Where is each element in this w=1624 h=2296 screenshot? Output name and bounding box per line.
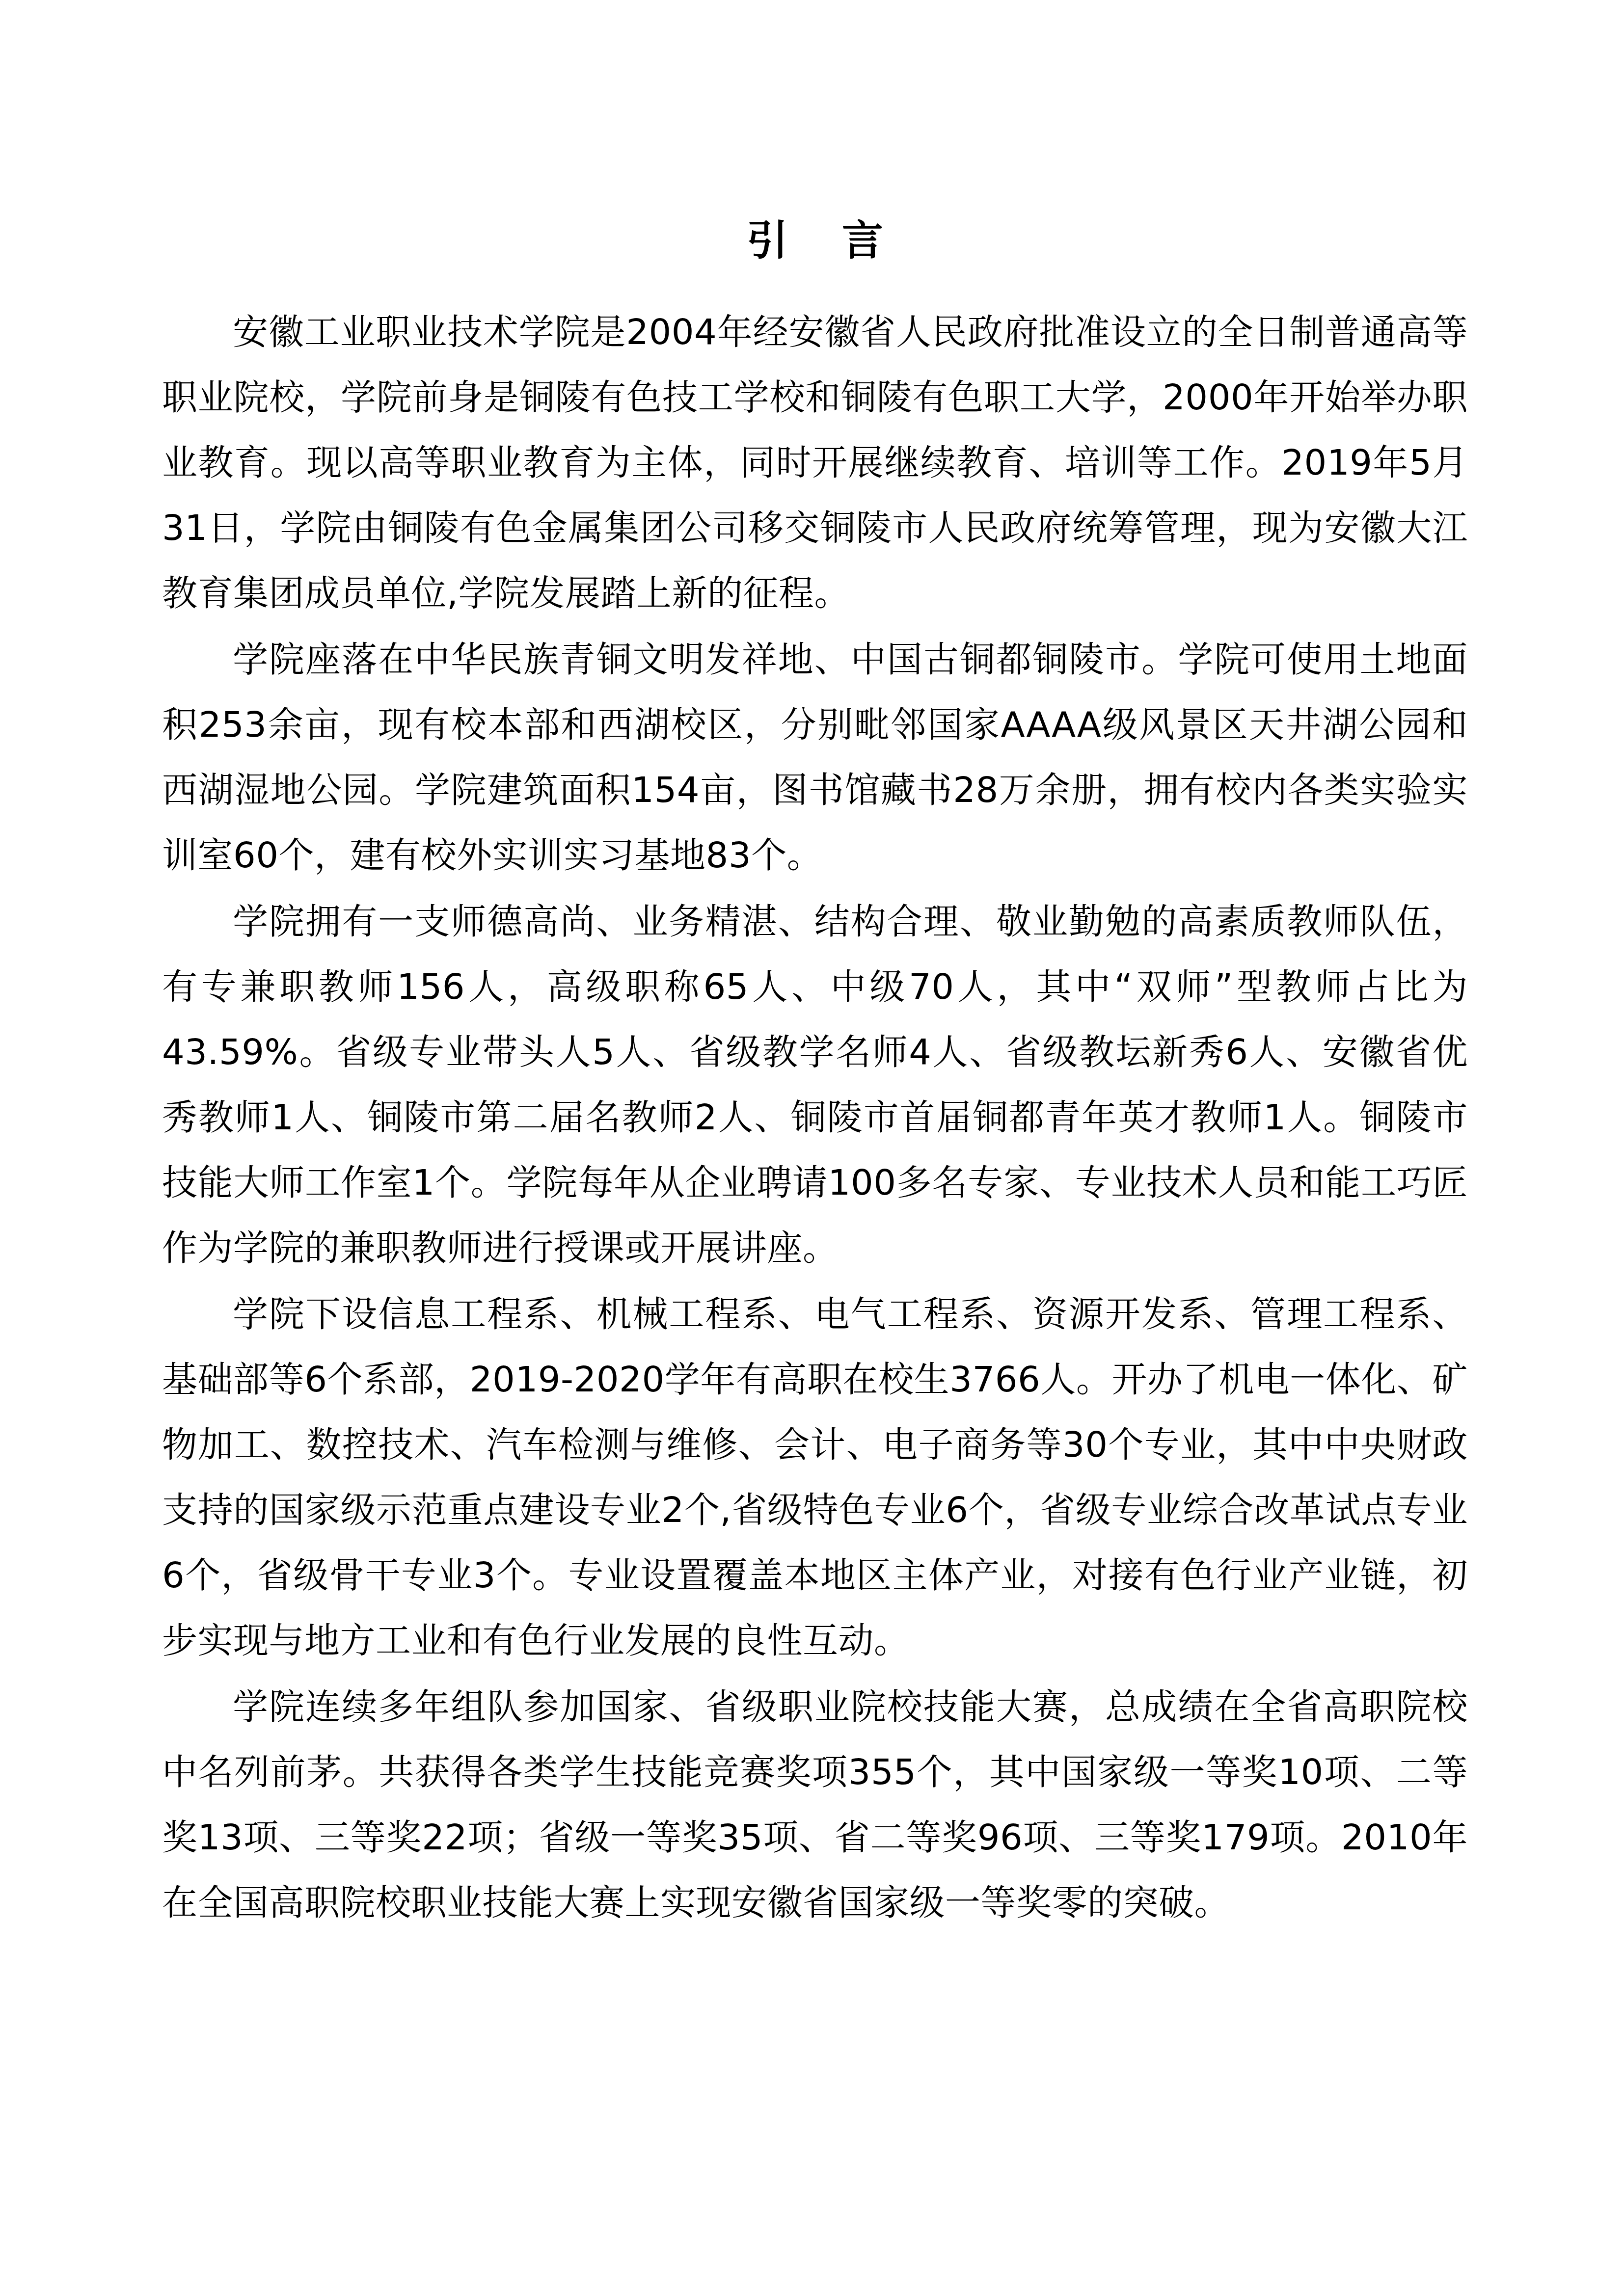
document-page: 引言 安徽工业职业技术学院是2004年经安徽省人民政府批准设立的全日制普通高等职… [162,206,1468,1936]
paragraph-departments: 学院下设信息工程系、机械工程系、电气工程系、资源开发系、管理工程系、基础部等6个… [162,1281,1468,1673]
page-title: 引言 [162,206,1468,275]
paragraph-campus: 学院座落在中华民族青铜文明发祥地、中国古铜都铜陵市。学院可使用土地面积253余亩… [162,627,1468,888]
paragraph-history: 安徽工业职业技术学院是2004年经安徽省人民政府批准设立的全日制普通高等职业院校… [162,299,1468,626]
paragraph-competitions: 学院连续多年组队参加国家、省级职业院校技能大赛，总成绩在全省高职院校中名列前茅。… [162,1674,1468,1935]
paragraph-faculty: 学院拥有一支师德高尚、业务精湛、结构合理、敬业勤勉的高素质教师队伍，有专兼职教师… [162,889,1468,1281]
